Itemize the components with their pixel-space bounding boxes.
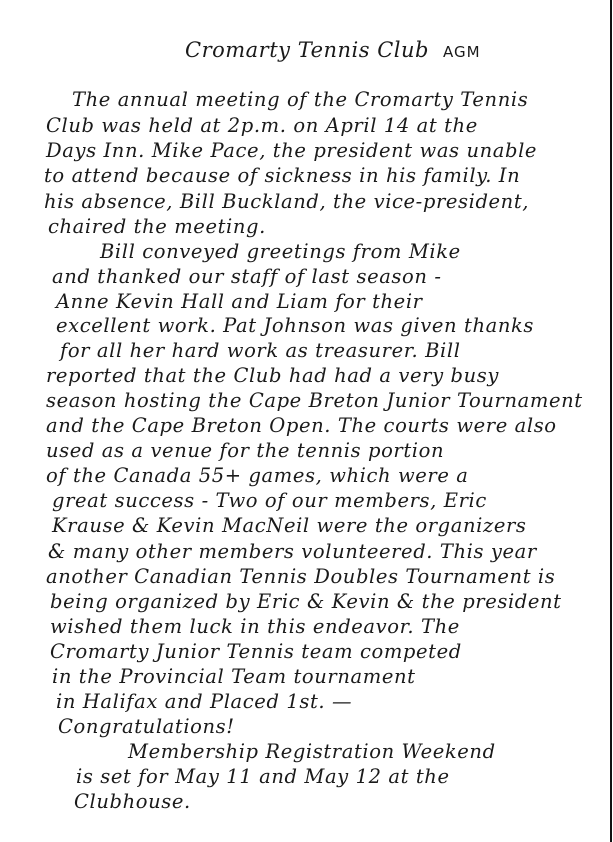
scan-edge-border: [610, 0, 612, 842]
body-line: another Canadian Tennis Doubles Tourname…: [46, 567, 555, 587]
scanned-handwritten-page: Cromarty Tennis ClubAGM The annual meeti…: [0, 0, 613, 842]
body-line: of the Canada 55+ games, which were a: [46, 466, 469, 486]
body-line: great success - Two of our members, Eric: [52, 491, 487, 511]
body-line: & many other members volunteered. This y…: [48, 542, 537, 562]
body-line: in the Provincial Team tournament: [52, 667, 416, 687]
body-line: his absence, Bill Buckland, the vice-pre…: [44, 192, 529, 212]
body-line: Clubhouse.: [74, 792, 191, 812]
body-line: season hosting the Cape Breton Junior To…: [46, 391, 583, 411]
body-line: excellent work. Pat Johnson was given th…: [56, 316, 534, 336]
title-suffix: AGM: [443, 43, 481, 61]
body-line: The annual meeting of the Cromarty Tenni…: [72, 90, 528, 110]
body-line: is set for May 11 and May 12 at the: [76, 767, 450, 787]
body-line: in Halifax and Placed 1st. —: [56, 692, 352, 712]
body-line: Membership Registration Weekend: [128, 742, 496, 762]
body-line: Cromarty Junior Tennis team competed: [50, 642, 462, 662]
body-line: Anne Kevin Hall and Liam for their: [56, 292, 423, 312]
document-title: Cromarty Tennis ClubAGM: [185, 38, 481, 62]
body-line: Bill conveyed greetings from Mike: [100, 242, 461, 262]
body-line: chaired the meeting.: [48, 217, 266, 237]
body-line: for all her hard work as treasurer. Bill: [60, 341, 461, 361]
body-line: and thanked our staff of last season -: [52, 267, 442, 287]
body-line: used as a venue for the tennis portion: [46, 441, 444, 461]
title-text: Cromarty Tennis Club: [185, 38, 429, 62]
body-line: Club was held at 2p.m. on April 14 at th…: [46, 116, 478, 136]
body-line: being organized by Eric & Kevin & the pr…: [50, 592, 562, 612]
body-line: reported that the Club had had a very bu…: [46, 366, 499, 386]
body-line: Days Inn. Mike Pace, the president was u…: [46, 141, 537, 161]
body-line: and the Cape Breton Open. The courts wer…: [46, 416, 557, 436]
body-line: Congratulations!: [58, 717, 235, 737]
body-line: Krause & Kevin MacNeil were the organize…: [52, 516, 527, 536]
body-line: to attend because of sickness in his fam…: [44, 166, 520, 186]
body-line: wished them luck in this endeavor. The: [50, 617, 460, 637]
